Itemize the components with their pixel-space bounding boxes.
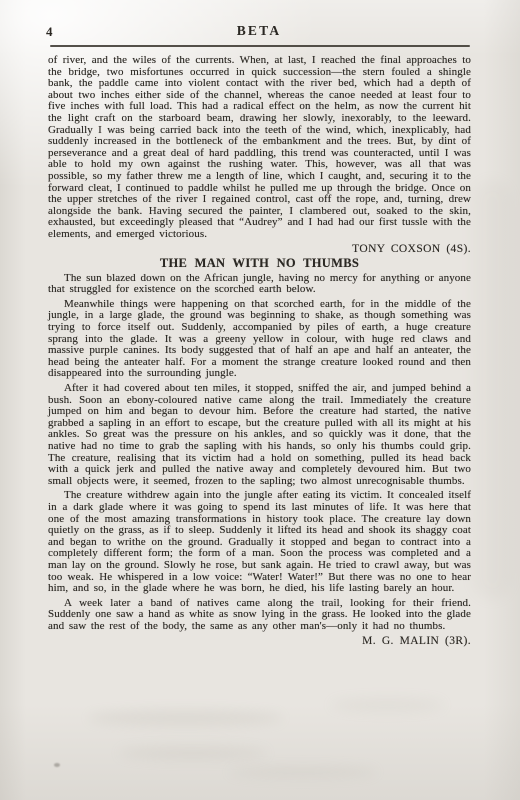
scan-showthrough-smudge <box>330 698 445 712</box>
story-paragraph: After it had covered about ten miles, it… <box>48 383 471 487</box>
header-rule <box>50 45 470 47</box>
river-story-paragraph: of river, and the wiles of the currents.… <box>48 55 471 241</box>
story-paragraph: Meanwhile things were happening on that … <box>48 299 471 380</box>
scan-showthrough-smudge <box>118 746 268 760</box>
story-paragraph: The creature withdrew again into the jun… <box>48 490 471 594</box>
publication-title: BETA <box>48 23 470 39</box>
text-column: of river, and the wiles of the currents.… <box>48 55 471 650</box>
scan-showthrough-smudge <box>88 710 283 726</box>
scan-edge-shading <box>472 180 512 600</box>
ink-speck <box>54 763 60 767</box>
story-title: THE MAN WITH NO THUMBS <box>48 258 471 270</box>
story-paragraph: A week later a band of natives came alon… <box>48 598 471 633</box>
thumbs-story-signature: M. G. MALIN (3R). <box>48 636 471 648</box>
river-story-signature: TONY COXSON (4S). <box>48 244 471 256</box>
scan-showthrough-smudge <box>228 766 378 778</box>
story-paragraph: The sun blazed down on the African jungl… <box>48 273 471 296</box>
scanned-magazine-page: 4 BETA of river, and the wiles of the cu… <box>0 0 520 800</box>
